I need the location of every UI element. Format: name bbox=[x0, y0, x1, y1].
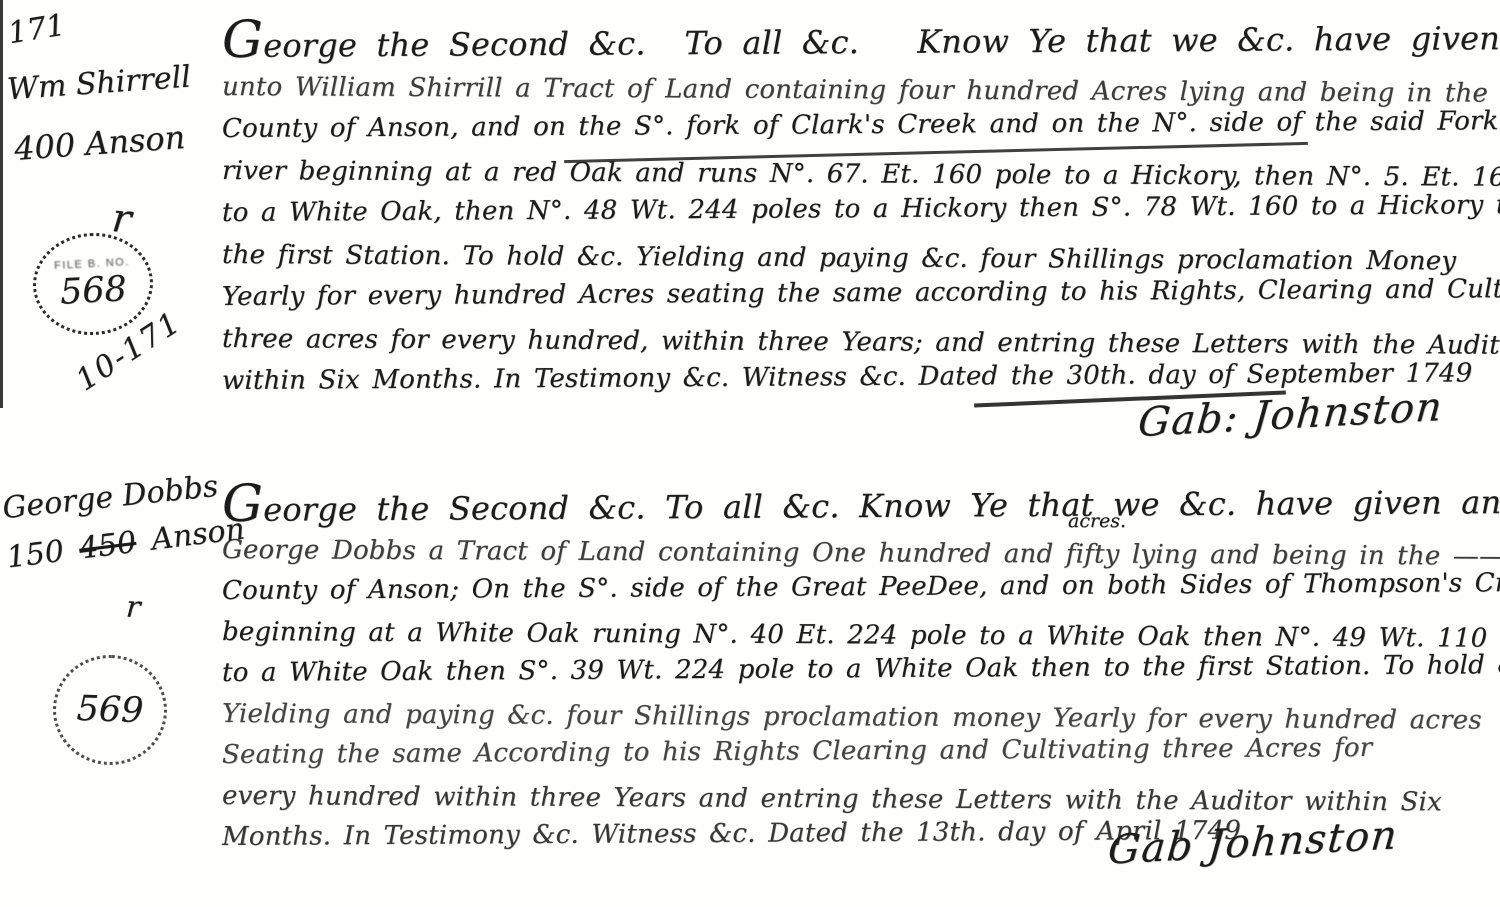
stamp-number-568: 568 bbox=[59, 269, 128, 312]
acreage-value: 150 bbox=[5, 534, 66, 576]
document-page: 171 Wm Shirrell 400 Anson r FILE B. NO. … bbox=[0, 0, 1500, 907]
margin-acreage-county-1: 400 Anson bbox=[13, 118, 186, 168]
grant2-line-3: County of Anson; On the S°. side of the … bbox=[222, 563, 1492, 612]
grant2-line-1: George the Second &c. To all &c. Know Ye… bbox=[222, 470, 1492, 530]
grant-entry-1: George the Second &c. To all &c. Know Ye… bbox=[222, 14, 1492, 402]
grant1-line-5: to a White Oak, then N°. 48 Wt. 244 pole… bbox=[222, 184, 1492, 234]
grant-entry-2: George the Second &c. To all &c. Know Ye… bbox=[222, 478, 1492, 858]
check-mark-2: r bbox=[125, 590, 142, 626]
stamp-number-569: 569 bbox=[76, 689, 144, 731]
margin-grantee-1: Wm Shirrell bbox=[6, 60, 192, 108]
inserted-word-acres: acres. bbox=[1068, 510, 1126, 532]
grant2-line-5: to a White Oak then S°. 39 Wt. 224 pole … bbox=[222, 645, 1492, 694]
acreage-struck-value: 450 bbox=[77, 525, 138, 567]
grant1-line-7: Yearly for every hundred Acres seating t… bbox=[222, 268, 1492, 318]
file-stamp-568: FILE B. NO. 568 bbox=[30, 230, 155, 338]
grant2-line-7: Seating the same According to his Rights… bbox=[222, 727, 1492, 776]
grant1-line-1: George the Second &c. To all &c. Know Ye… bbox=[222, 6, 1492, 66]
scan-edge-artifact bbox=[0, 0, 3, 408]
page-number: 171 bbox=[6, 8, 68, 52]
file-stamp-569: 569 bbox=[51, 653, 169, 767]
